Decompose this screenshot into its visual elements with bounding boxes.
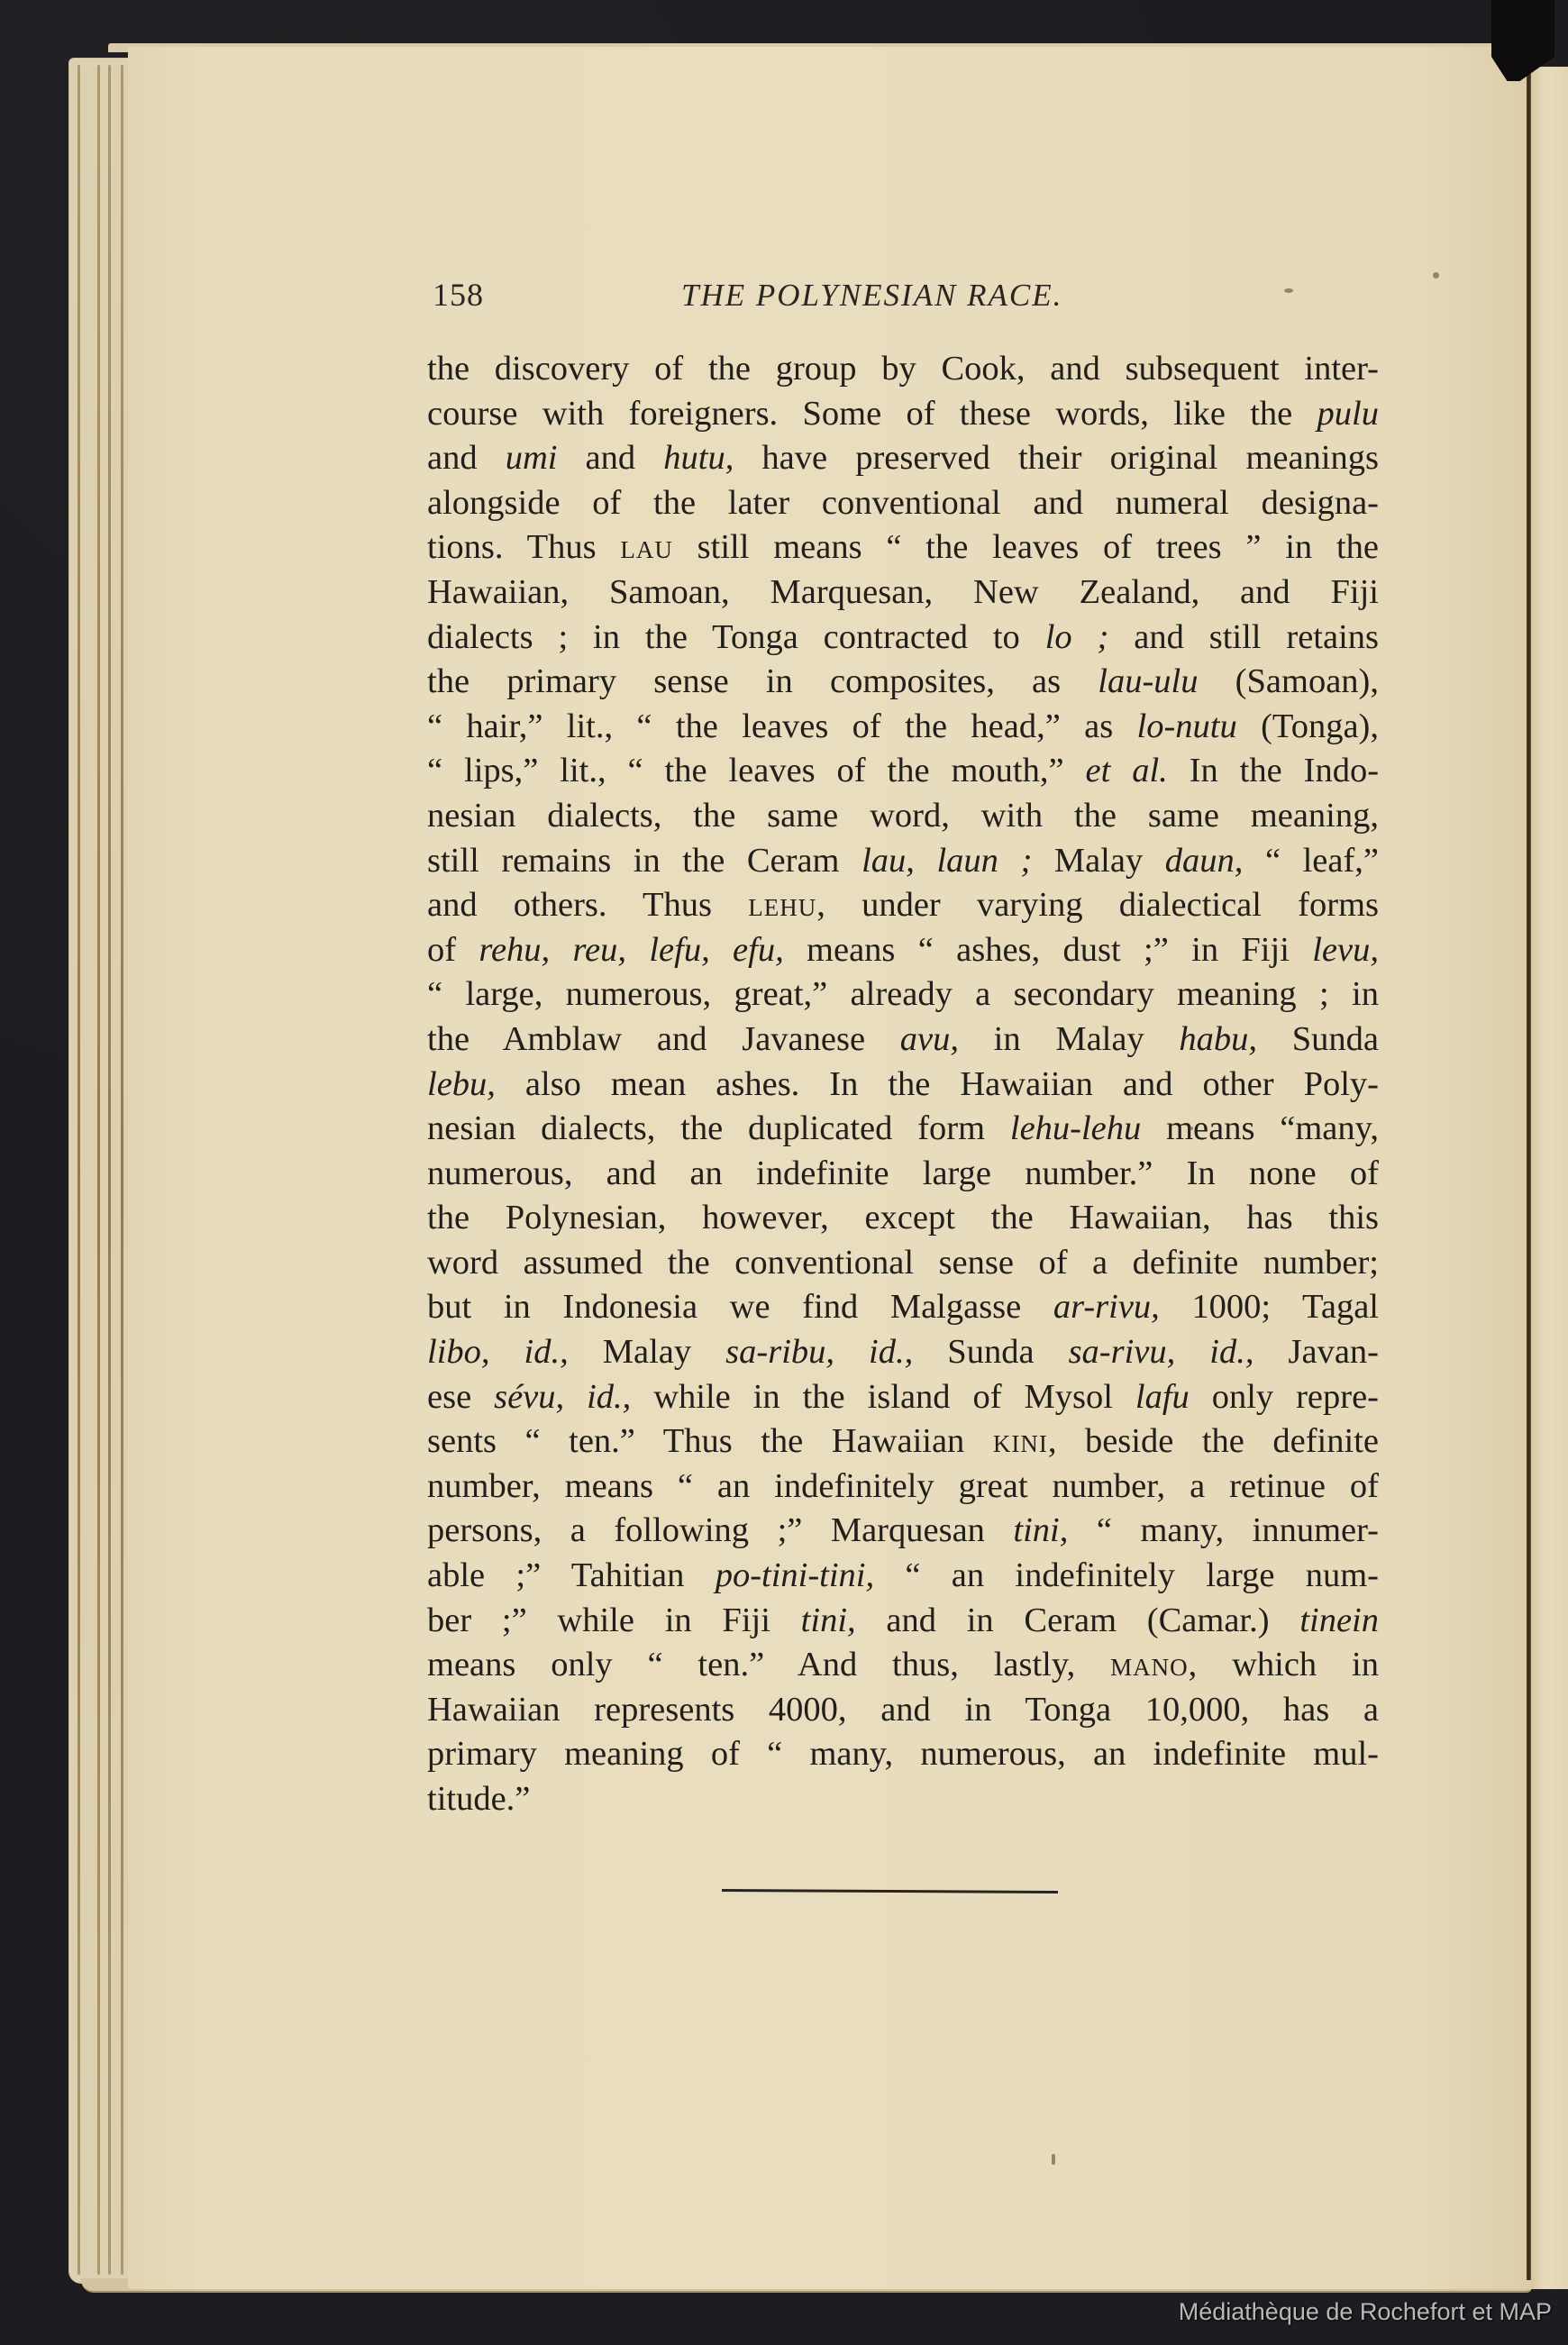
text-run: able ;” Tahitian [427,1556,716,1594]
text-run: course with foreigners. Some of these wo… [427,395,1317,433]
text-line: tions. Thus LAU still means “ the leaves… [427,525,1379,570]
text-run: Javan- [1254,1333,1380,1371]
text-run: have preserved their original meanings [734,439,1379,477]
text-line: nesian dialects, the same word, with the… [427,794,1379,839]
italic-word: sa-ribu, id., [725,1333,913,1371]
text-line: numerous, and an indefinite large number… [427,1152,1379,1197]
italic-word: ar-rivu, [1053,1288,1160,1326]
text-run: (Samoan), [1199,662,1379,700]
text-run: still remains in the Ceram [427,842,861,880]
italic-word: levu, [1312,931,1379,969]
italic-word: lafu [1135,1378,1190,1416]
small-caps-word: LEHU [748,886,816,924]
text-run: in Malay [959,1020,1179,1058]
text-run: means “ ashes, dust ;” in Fiji [784,931,1313,969]
leaf-edge-line [108,65,111,2275]
text-run: numerous, and an indefinite large number… [427,1154,1379,1192]
text-run: the Polynesian, however, except the Hawa… [427,1199,1379,1236]
italic-word: lo-nutu [1137,707,1237,745]
text-line: of rehu, reu, lefu, efu, means “ ashes, … [427,928,1379,973]
text-run: In the Indo- [1168,752,1379,789]
italic-word: tini, [1013,1511,1068,1549]
text-line: primary meaning of “ many, numerous, an … [427,1732,1379,1777]
italic-word: sa-rivu, id., [1069,1333,1254,1371]
text-line: and umi and hutu, have preserved their o… [427,436,1379,481]
text-run: Malay [1032,842,1164,880]
leaf-edge-line [77,65,80,2275]
text-run: Hawaiian, Samoan, Marquesan, New Zealand… [427,573,1379,611]
library-watermark: Médiathèque de Rochefort et MAP [1179,2298,1552,2326]
text-run: primary meaning of “ many, numerous, an … [427,1735,1379,1773]
text-run: Sunda [913,1333,1068,1371]
text-line: but in Indonesia we find Malgasse ar-riv… [427,1285,1379,1330]
leaf-edge-line [121,65,123,2275]
body-text: the discovery of the group by Cook, and … [427,347,1379,1822]
text-line: the discovery of the group by Cook, and … [427,347,1379,392]
text-line: the Amblaw and Javanese avu, in Malay ha… [427,1017,1379,1063]
text-run: “ lips,” lit., “ the leaves of the mouth… [427,752,1086,789]
text-run: , which in [1189,1646,1379,1683]
italic-word: lehu-lehu [1010,1109,1141,1147]
text-line: number, means “ an indefinitely great nu… [427,1464,1379,1510]
running-title: THE POLYNESIAN RACE. [681,278,1062,314]
text-run: word assumed the conventional sense of a… [427,1244,1379,1282]
page-gutter [1527,72,1531,2280]
small-caps-word: LAU [620,528,673,566]
next-page-edge [1531,67,1568,2289]
text-line: alongside of the later conventional and … [427,481,1379,526]
italic-word: lebu, [427,1065,496,1103]
text-run: “ hair,” lit., “ the leaves of the head,… [427,707,1137,745]
text-run: , under varying dialectical forms [816,886,1379,924]
text-line: the primary sense in composites, as lau-… [427,660,1379,705]
text-run: titude.” [427,1780,530,1818]
text-run: and [427,439,506,477]
italic-word: lau-ulu [1098,662,1198,700]
text-line: ese sévu, id., while in the island of My… [427,1375,1379,1420]
italic-word: rehu, reu, lefu, efu, [479,931,783,969]
text-line: “ large, numerous, great,” already a sec… [427,972,1379,1017]
text-run: sents “ ten.” Thus the Hawaiian [427,1422,993,1460]
leaf-edge-line [97,65,100,2275]
italic-word: et al. [1086,752,1168,789]
text-run: but in Indonesia we find Malgasse [427,1288,1053,1326]
text-run: nesian dialects, the duplicated form [427,1109,1010,1147]
italic-word: po-tini-tini, [716,1556,874,1594]
text-run: ber ;” while in Fiji [427,1601,801,1639]
italic-word: sévu, id., [494,1378,631,1416]
italic-word: hutu, [663,439,734,477]
italic-word: avu, [900,1020,959,1058]
text-run: of [427,931,479,969]
italic-word: lau, laun ; [861,842,1032,880]
text-line: able ;” Tahitian po-tini-tini, “ an inde… [427,1554,1379,1599]
text-run: 1000; Tagal [1160,1288,1379,1326]
text-run: (Tonga), [1237,707,1379,745]
text-run: Sunda [1257,1020,1379,1058]
text-run: “ an indefinitely large num- [874,1556,1379,1594]
text-run: alongside of the later conventional and … [427,484,1379,522]
text-run: only repre- [1190,1378,1379,1416]
text-run: the discovery of the group by Cook, and … [427,350,1379,388]
text-run: also mean ashes. In the Hawaiian and oth… [496,1065,1379,1103]
paper-speck [1052,2154,1055,2165]
text-line: course with foreigners. Some of these wo… [427,392,1379,437]
text-run: the primary sense in composites, as [427,662,1098,700]
text-line: and others. Thus LEHU, under varying dia… [427,883,1379,928]
text-line: means only “ ten.” And thus, lastly, MAN… [427,1643,1379,1688]
text-run: means only “ ten.” And thus, lastly, [427,1646,1110,1683]
text-run: means “many, [1141,1109,1379,1147]
text-run: ese [427,1378,494,1416]
small-caps-word: KINI [993,1422,1048,1460]
paper-speck [1433,272,1439,278]
text-run: and still retains [1108,618,1379,656]
text-run: Malay [569,1333,725,1371]
text-run: “ many, innumer- [1068,1511,1379,1549]
page-header: 158 THE POLYNESIAN RACE. [431,276,1379,321]
paper-speck [1190,1127,1193,1130]
text-line: “ hair,” lit., “ the leaves of the head,… [427,705,1379,750]
text-run: and [557,439,663,477]
text-line: Hawaiian represents 4000, and in Tonga 1… [427,1688,1379,1733]
text-line: lebu, also mean ashes. In the Hawaiian a… [427,1063,1379,1108]
text-run: and in Ceram (Camar.) [856,1601,1300,1639]
italic-word: daun, [1165,842,1244,880]
text-line: Hawaiian, Samoan, Marquesan, New Zealand… [427,570,1379,616]
text-line: titude.” [427,1777,1379,1822]
text-run: number, means “ an indefinitely great nu… [427,1467,1379,1505]
italic-word: pulu [1317,395,1379,433]
text-run: dialects ; in the Tonga contracted to [427,618,1045,656]
text-run: while in the island of Mysol [631,1378,1135,1416]
text-line: persons, a following ;” Marquesan tini, … [427,1509,1379,1554]
italic-word: lo ; [1045,618,1109,656]
text-run: still means “ the leaves of trees ” in t… [673,528,1379,566]
text-line: “ lips,” lit., “ the leaves of the mouth… [427,749,1379,794]
italic-word: tini, [801,1601,856,1639]
text-line: libo, id., Malay sa-ribu, id., Sunda sa-… [427,1330,1379,1375]
text-run: Hawaiian represents 4000, and in Tonga 1… [427,1691,1379,1729]
text-line: still remains in the Ceram lau, laun ; M… [427,839,1379,884]
text-run: persons, a following ;” Marquesan [427,1511,1013,1549]
page-number: 158 [433,276,484,314]
text-run: nesian dialects, the same word, with the… [427,797,1379,835]
text-run: tions. Thus [427,528,620,566]
text-run: “ large, numerous, great,” already a sec… [427,975,1379,1013]
text-run: the Amblaw and Javanese [427,1020,900,1058]
text-line: the Polynesian, however, except the Hawa… [427,1196,1379,1241]
italic-word: libo, id., [427,1333,569,1371]
text-line: dialects ; in the Tonga contracted to lo… [427,616,1379,661]
italic-word: umi [506,439,558,477]
text-line: word assumed the conventional sense of a… [427,1241,1379,1286]
paper-speck [1284,288,1293,293]
italic-word: habu, [1179,1020,1257,1058]
text-line: sents “ ten.” Thus the Hawaiian KINI, be… [427,1419,1379,1464]
text-run: , beside the definite [1048,1422,1379,1460]
text-run: “ leaf,” [1243,842,1379,880]
italic-word: tinein [1299,1601,1379,1639]
small-caps-word: MANO [1110,1646,1189,1683]
text-line: ber ;” while in Fiji tini, and in Ceram … [427,1599,1379,1644]
text-run: and others. Thus [427,886,748,924]
text-line: nesian dialects, the duplicated form leh… [427,1107,1379,1152]
